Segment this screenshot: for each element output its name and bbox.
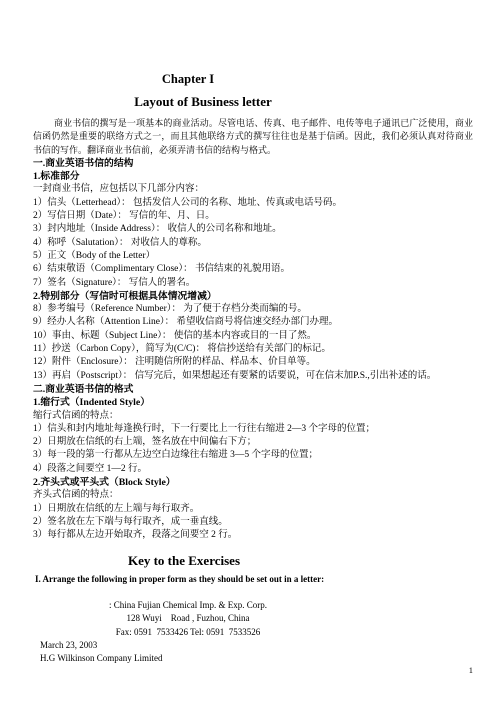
list-item: 4）段落之间要空 1—2 行。 [33,463,473,476]
list-item: 1）信头和封内地址每逢换行时，下一行要比上一行往右缩进 2—3 个字母的位置； [33,423,473,436]
letter-street-line: 128 Wuyi Road , Fuzhou, China [33,612,473,626]
list-item: 13）再启（Postscript）： 信写完后，如果想起还有要紧的话要说，可在信… [33,370,473,383]
list-item: 2）日期放在信纸的右上端，签名放在中间偏右下方； [33,436,473,449]
list-item: 8）参考编号（Reference Number）： 为了便于存档分类而编的号。 [33,303,473,316]
special-parts-heading: 2.特别部分（写信时可根据具体情况增减） [33,290,473,303]
list-item: 2）写信日期（Date）： 写信的年、月、日。 [33,210,473,223]
letter-recipient: H.G Wilkinson Company Limited [33,652,473,665]
letter-date: March 23, 2003 [33,639,473,652]
indented-style-lead: 缩行式信函的特点： [33,410,473,423]
list-item: 3）每一段的第一行都从左边空白边缘往右缩进 3—5 个字母的位置； [33,449,473,462]
list-item: 3）封内地址（Inside Address）： 收信人的公司名称和地址。 [33,223,473,236]
block-style-lead: 齐头式信函的特点： [33,489,473,502]
page-number: 1 [469,665,473,675]
intro-paragraph: 商业书信的撰写是一项基本的商业活动。尽管电话、传真、电子邮件、电传等电子通讯已广… [33,117,473,157]
chapter-heading: Chapter I [33,71,473,88]
document-title: Layout of Business letter [33,94,473,110]
exercise-instruction: I. Arrange the following in proper form … [33,573,473,586]
indented-style-heading: 1.缩行式（Indented Style） [33,396,473,409]
list-item: 3）每行都从左边开始取齐，段落之间要空 2 行。 [33,529,473,542]
block-style-heading: 2.齐头式或平头式（Block Style） [33,476,473,489]
letter-fax-line: Fax: 0591 7533426 Tel: 0591 7533526 [33,626,473,640]
list-item: 10）事由、标题（Subject Line）： 使信的基本内容或目的一目了然。 [33,330,473,343]
list-item: 11）抄送（Carbon Copy），简写为(C/C)： 将信抄送给有关部门的标… [33,343,473,356]
standard-parts-heading: 1.标准部分 [33,170,473,183]
letter-address-block: : China Fujian Chemical Imp. & Exp. Corp… [33,599,473,640]
list-item: 7）签名（Signature）： 写信人的署名。 [33,277,473,290]
list-item: 12）附件（Enclosure）： 注明随信所附的样品、样品本、价目单等。 [33,356,473,369]
list-item: 9）经办人名称（Attention Line）： 希望收信商号将信速交经办部门办… [33,316,473,329]
list-item: 1）信头（Letterhead）： 包括发信人公司的名称、地址、传真或电话号码。 [33,197,473,210]
list-item: 2）签名放在左下端与每行取齐，成一垂直线。 [33,516,473,529]
format-section-heading: 二.商业英语书信的格式 [33,383,473,396]
standard-parts-lead: 一封商业书信，应包括以下几部分内容： [33,183,473,196]
list-item: 5）正文（Body of the Letter） [33,250,473,263]
list-item: 1）日期放在信纸的左上端与每行取齐。 [33,503,473,516]
document-page: Chapter I Layout of Business letter 商业书信… [0,0,496,702]
list-item: 4）称呼（Salutation）： 对收信人的尊称。 [33,237,473,250]
structure-section-heading: 一.商业英语书信的结构 [33,157,473,170]
list-item: 6）结束敬语（Complimentary Close）： 书信结束的礼貌用语。 [33,263,473,276]
exercises-heading: Key to the Exercises [33,552,473,569]
letter-company-line: : China Fujian Chemical Imp. & Exp. Corp… [33,599,473,613]
